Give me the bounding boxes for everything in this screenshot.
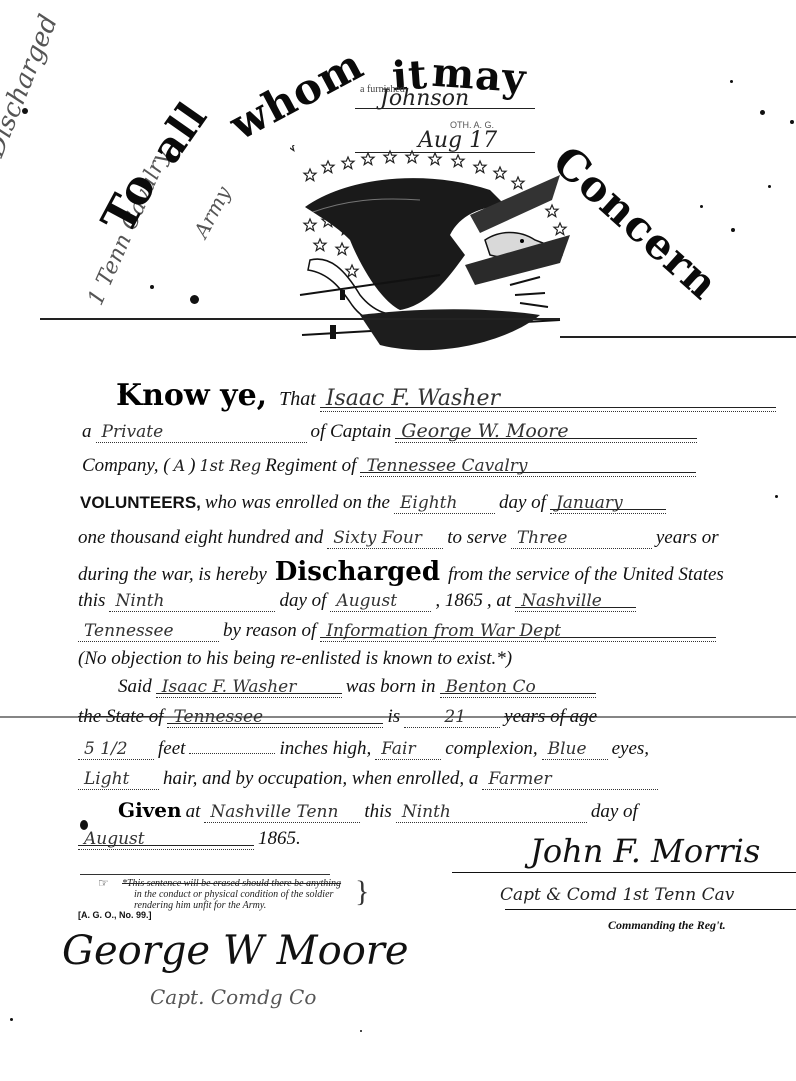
height-inches-field: [189, 753, 275, 754]
enrolled-label: who was enrolled on the: [205, 492, 390, 513]
of-captain-label: of Captain: [311, 421, 392, 442]
term-field: Three: [511, 528, 652, 549]
to-serve-label: to serve: [447, 527, 507, 548]
top-rule: [40, 318, 560, 320]
line-company-regiment: Company, ( A ) 1st Reg Regiment of Tenne…: [82, 455, 696, 477]
captain-signature-subtitle: Capt. Comdg Co: [150, 985, 316, 1009]
footnote-line-3: rendering him unfit for the Army.: [122, 900, 341, 911]
discharge-month-field: August: [330, 591, 431, 612]
margin-annotation: Discharged: [0, 11, 64, 162]
eyes-label: eyes,: [612, 738, 649, 759]
company-label: Company, (: [82, 455, 170, 476]
strike-rule: [0, 716, 796, 718]
footnote-brace: }: [355, 876, 369, 908]
given-day-field: Ninth: [396, 802, 587, 823]
margin-annotation-line-1: Discharged: [0, 11, 64, 162]
header-stamp-name: Johnson: [380, 86, 469, 111]
line-know-ye: Know ye, That Isaac F. Washer: [116, 378, 776, 413]
this-label: this: [78, 590, 105, 611]
commander-signature: John F. Morris: [530, 832, 760, 870]
pointing-hand-icon: ☞: [98, 876, 109, 891]
reason-field: Information from War Dept: [320, 621, 716, 642]
no-objection-text: (No objection to his being re-enlisted i…: [78, 648, 512, 669]
commanding-label: Commanding the Reg't.: [608, 918, 726, 933]
line-physical: 5 1/2 feet inches high, Fair complexion,…: [78, 738, 649, 760]
company-close: ): [189, 455, 195, 476]
eyes-field: Blue: [542, 739, 608, 760]
footnote-line-2: in the conduct or physical condition of …: [122, 889, 341, 900]
commander-title-handwritten: Capt & Comd 1st Tenn Cav: [500, 885, 734, 905]
given-day-of-label: day of: [591, 801, 638, 822]
margin-annotation-3: Army: [189, 182, 236, 241]
regiment-label: Regiment of: [265, 455, 356, 476]
line-reason: Tennessee by reason of Information from …: [78, 620, 716, 642]
captain-signature: George W Moore: [62, 928, 409, 974]
day-of-label: day of: [499, 492, 546, 513]
captain-name-field: George W. Moore: [395, 420, 697, 443]
given-label: Given: [118, 798, 182, 822]
said-label: Said: [118, 676, 152, 697]
discharged-heading: Discharged: [275, 557, 440, 587]
complexion-field: Fair: [375, 739, 441, 760]
inches-high-label: inches high,: [279, 738, 371, 759]
enrolled-month-field: January: [550, 493, 666, 514]
from-service-label: from the service of the United States: [448, 564, 724, 585]
given-this-label: this: [364, 801, 391, 822]
was-born-label: was born in: [346, 676, 436, 697]
hair-field: Light: [78, 769, 159, 790]
regiment-name-field: Tennessee Cavalry: [360, 456, 696, 477]
occupation-field: Farmer: [482, 769, 658, 790]
feet-label: feet: [158, 738, 185, 759]
soldier-name-field: Isaac F. Washer: [320, 386, 776, 412]
complexion-label: complexion,: [445, 738, 537, 759]
line-given: Given at Nashville Tenn this Ninth day o…: [118, 798, 638, 823]
line-discharged: during the war, is hereby Discharged fro…: [78, 557, 724, 587]
footnote-line-1: *This sentence will be erased should the…: [122, 878, 341, 889]
year-label: one thousand eight hundred and: [78, 527, 323, 548]
discharge-day-field: Ninth: [109, 591, 275, 612]
given-place-field: Nashville Tenn: [204, 802, 360, 823]
enrolled-year-field: Sixty Four: [327, 528, 443, 549]
title-rule: [505, 909, 796, 910]
discharge-place-field: Nashville: [515, 591, 636, 612]
that-label: That: [279, 388, 316, 410]
by-reason-label: by reason of: [223, 620, 316, 641]
company-field: A: [174, 456, 186, 475]
given-at-label: at: [186, 801, 201, 822]
said-name-field: Isaac F. Washer: [156, 677, 342, 698]
line-given-year: August 1865.: [78, 828, 301, 850]
discharge-year: , 1865: [435, 590, 483, 611]
volunteers-label: VOLUNTEERS,: [80, 493, 201, 512]
rank-field: Private: [96, 422, 307, 443]
years-or-label: years or: [656, 527, 719, 548]
birthplace-field: Benton Co: [440, 677, 596, 698]
at-label: , at: [487, 590, 511, 611]
during-war-label: during the war, is hereby: [78, 564, 267, 585]
discharge-day-of-label: day of: [279, 590, 326, 611]
enrolled-day-field: Eighth: [394, 493, 495, 514]
discharge-state-field: Tennessee: [78, 621, 219, 642]
signature-rule: [452, 872, 796, 873]
line-no-objection: (No objection to his being re-enlisted i…: [78, 648, 512, 670]
ago-order-number: [A. G. O., No. 99.]: [78, 910, 152, 920]
top-rule-right: [560, 336, 796, 338]
height-feet-field: 5 1/2: [78, 739, 154, 760]
line-born: Said Isaac F. Washer was born in Benton …: [118, 676, 596, 698]
given-year: 1865.: [258, 828, 301, 849]
line-enrolled-year: one thousand eight hundred and Sixty Fou…: [78, 527, 719, 549]
line-enrolled: VOLUNTEERS, who was enrolled on the Eigh…: [80, 492, 666, 514]
line-rank-captain: a Private of Captain George W. Moore: [82, 420, 697, 443]
given-month-field: August: [78, 829, 254, 850]
title-word-whom: whom: [222, 39, 371, 149]
regiment-number-field: 1st Reg: [200, 456, 262, 475]
line-occupation: Light hair, and by occupation, when enro…: [78, 768, 658, 790]
margin-annotation-line-3: Army: [189, 182, 236, 241]
line-discharge-date: this Ninth day of August , 1865 , at Nas…: [78, 590, 636, 612]
know-ye-heading: Know ye,: [116, 378, 267, 413]
a-label: a: [82, 421, 92, 442]
eagle-vignette-icon: [290, 145, 580, 370]
footnote-text: *This sentence will be erased should the…: [122, 878, 341, 911]
hair-occupation-label: hair, and by occupation, when enrolled, …: [163, 768, 478, 789]
